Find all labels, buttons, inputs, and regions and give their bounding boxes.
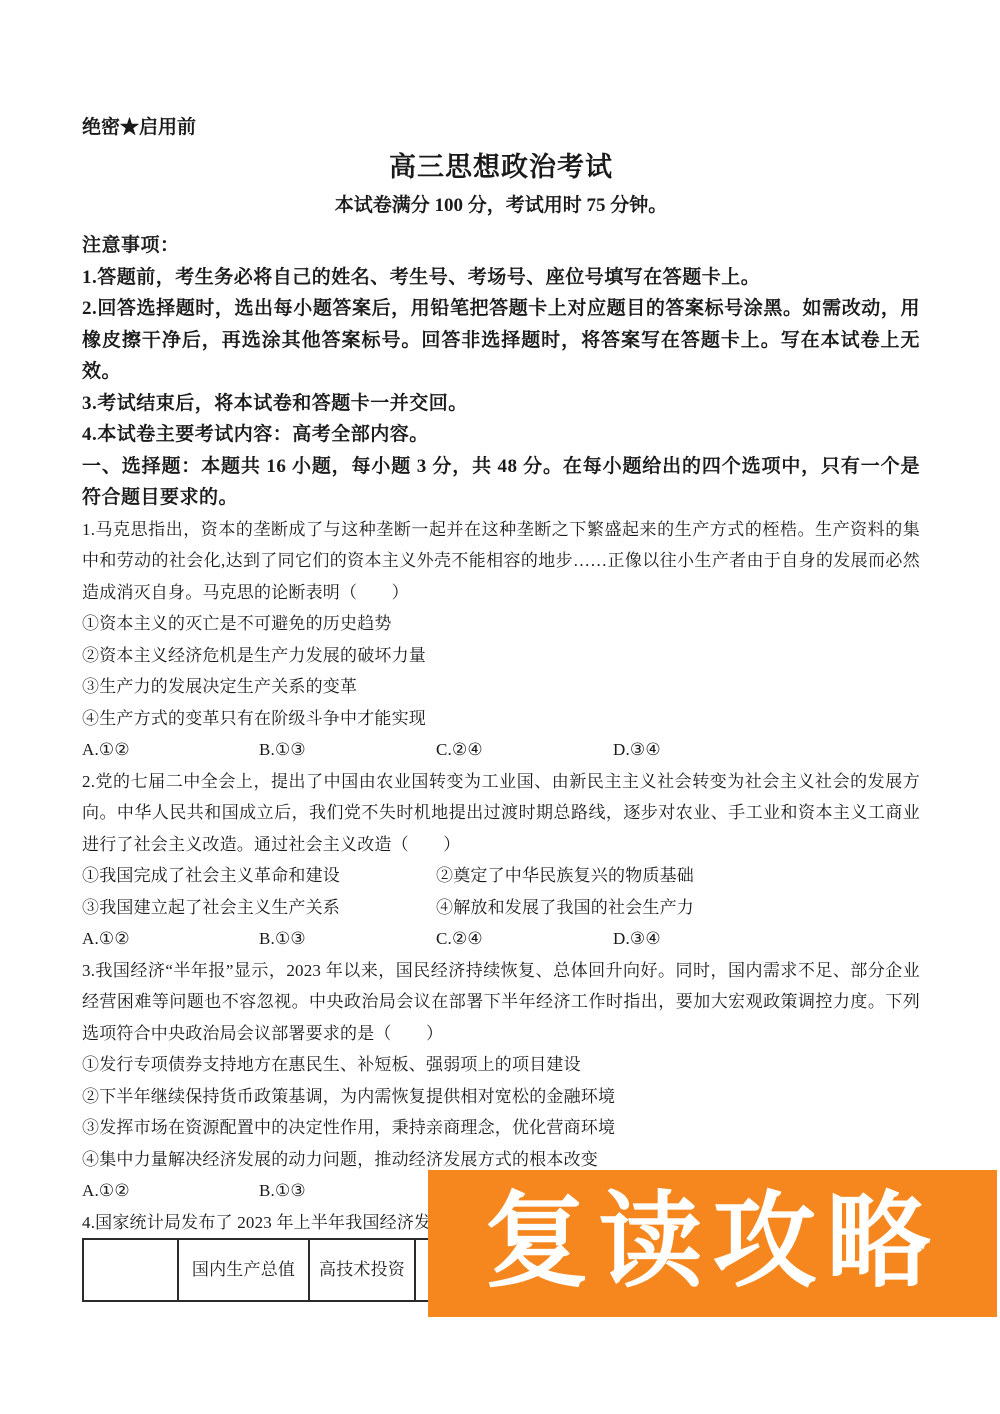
notes-heading: 注意事项： [82,230,920,262]
question-2-choice-c: C.②④ [436,923,613,955]
question-3-stem: 3.我国经济“半年报”显示，2023 年以来，国民经济持续恢复、总体回升向好。同… [82,955,920,1050]
question-2-stem: 2.党的七届二中全会上，提出了中国由农业国转变为工业国、由新民主主义社会转变为社… [82,766,920,861]
question-1-choices: A.①② B.①③ C.②④ D.③④ [82,734,920,766]
page-content: 绝密★启用前 高三思想政治考试 本试卷满分 100 分，考试用时 75 分钟。 … [82,116,920,1302]
question-2: 2.党的七届二中全会上，提出了中国由农业国转变为工业国、由新民主主义社会转变为社… [82,766,920,955]
watermark-text: 复读攻略 [484,1190,940,1294]
question-1-choice-b: B.①③ [259,734,436,766]
question-1-item-2: ②资本主义经济危机是生产力发展的破坏力量 [82,640,920,672]
table-cell-empty [83,1239,178,1301]
question-2-choice-d: D.③④ [613,923,920,955]
question-2-choices: A.①② B.①③ C.②④ D.③④ [82,923,920,955]
question-2-item-1: ①我国完成了社会主义革命和建设 [82,860,436,892]
question-1-item-4: ④生产方式的变革只有在阶级斗争中才能实现 [82,703,920,735]
classification-label: 绝密★启用前 [82,116,920,140]
question-1-choice-d: D.③④ [613,734,920,766]
watermark-banner: 复读攻略 [428,1170,997,1317]
note-item-3: 3.考试结束后，将本试卷和答题卡一并交回。 [82,388,920,420]
exam-paper-page: 绝密★启用前 高三思想政治考试 本试卷满分 100 分，考试用时 75 分钟。 … [0,0,1000,1414]
exam-info-line: 本试卷满分 100 分，考试用时 75 分钟。 [82,194,920,218]
question-2-choice-b: B.①③ [259,923,436,955]
question-3: 3.我国经济“半年报”显示，2023 年以来，国民经济持续恢复、总体回升向好。同… [82,955,920,1207]
question-1-stem: 1.马克思指出，资本的垄断成了与这种垄断一起并在这种垄断之下繁盛起来的生产方式的… [82,514,920,609]
question-2-item-3: ③我国建立起了社会主义生产关系 [82,892,436,924]
question-2-choice-a: A.①② [82,923,259,955]
note-item-1: 1.答题前，考生务必将自己的姓名、考生号、考场号、座位号填写在答题卡上。 [82,262,920,294]
question-1-choice-a: A.①② [82,734,259,766]
note-item-2: 2.回答选择题时，选出每小题答案后，用铅笔把答题卡上对应题目的答案标号涂黑。如需… [82,293,920,388]
question-3-item-1: ①发行专项债券支持地方在惠民生、补短板、强弱项上的项目建设 [82,1049,920,1081]
table-cell-hightech-investment: 高技术投资 [309,1239,415,1301]
question-2-item-2: ②奠定了中华民族复兴的物质基础 [436,860,920,892]
page-title: 高三思想政治考试 [82,150,920,184]
question-1: 1.马克思指出，资本的垄断成了与这种垄断一起并在这种垄断之下繁盛起来的生产方式的… [82,514,920,766]
question-3-item-2: ②下半年继续保持货币政策基调，为内需恢复提供相对宽松的金融环境 [82,1081,920,1113]
question-1-item-1: ①资本主义的灭亡是不可避免的历史趋势 [82,608,920,640]
question-3-choice-a: A.①② [82,1175,259,1207]
question-1-choice-c: C.②④ [436,734,613,766]
question-2-items-row-2: ③我国建立起了社会主义生产关系 ④解放和发展了我国的社会生产力 [82,892,920,924]
question-3-item-3: ③发挥市场在资源配置中的决定性作用，秉持亲商理念，优化营商环境 [82,1112,920,1144]
question-2-item-4: ④解放和发展了我国的社会生产力 [436,892,920,924]
notes-section: 注意事项： 1.答题前，考生务必将自己的姓名、考生号、考场号、座位号填写在答题卡… [82,230,920,514]
question-1-item-3: ③生产力的发展决定生产关系的变革 [82,671,920,703]
table-cell-gdp: 国内生产总值 [178,1239,309,1301]
note-item-4: 4.本试卷主要考试内容：高考全部内容。 [82,419,920,451]
section-heading: 一、选择题：本题共 16 小题，每小题 3 分，共 48 分。在每小题给出的四个… [82,451,920,514]
question-2-items-row-1: ①我国完成了社会主义革命和建设 ②奠定了中华民族复兴的物质基础 [82,860,920,892]
